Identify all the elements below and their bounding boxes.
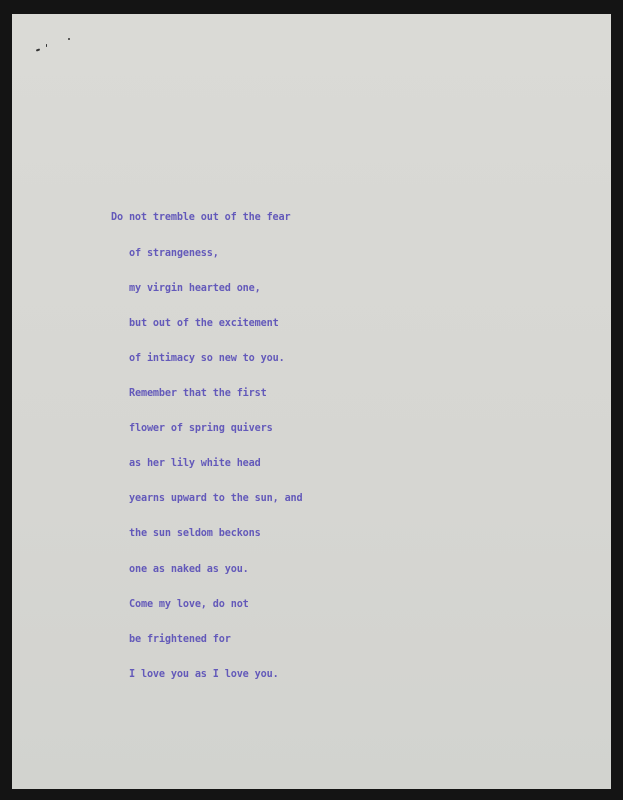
poem-line: I love you as I love you. <box>111 669 303 681</box>
ink-speck <box>68 38 70 40</box>
poem-line: Do not tremble out of the fear <box>111 212 303 224</box>
poem-line: Come my love, do not <box>111 599 303 611</box>
poem-line: be frightened for <box>111 634 303 646</box>
paper-page: Do not tremble out of the fear of strang… <box>12 14 611 789</box>
poem-line: yearns upward to the sun, and <box>111 493 303 505</box>
poem-line: the sun seldom beckons <box>111 528 303 540</box>
poem-text: Do not tremble out of the fear of strang… <box>111 189 303 704</box>
poem-line: but out of the excitement <box>111 318 303 330</box>
poem-line: one as naked as you. <box>111 564 303 576</box>
poem-line: Remember that the first <box>111 388 303 400</box>
poem-line: as her lily white head <box>111 458 303 470</box>
ink-speck <box>46 44 47 47</box>
poem-line: my virgin hearted one, <box>111 283 303 295</box>
poem-line: of strangeness, <box>111 248 303 260</box>
poem-line: flower of spring quivers <box>111 423 303 435</box>
ink-speck <box>36 48 40 51</box>
poem-line: of intimacy so new to you. <box>111 353 303 365</box>
